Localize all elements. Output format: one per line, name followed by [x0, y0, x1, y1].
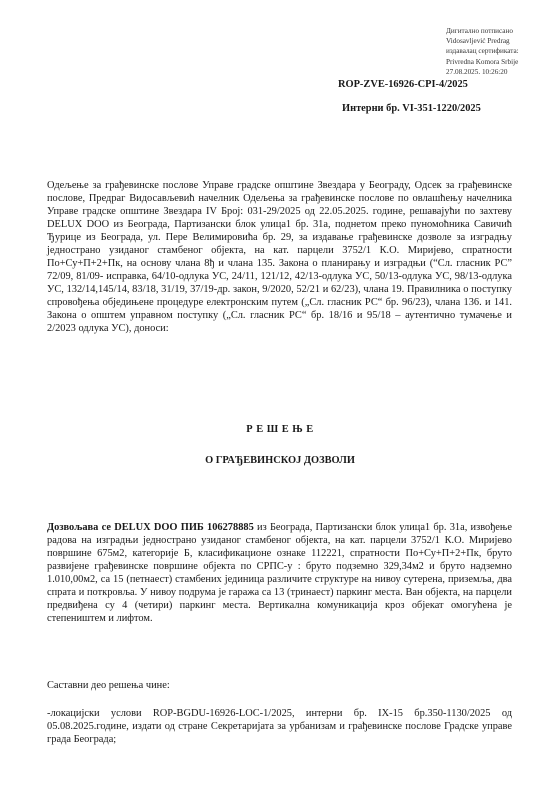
decision-text: из Београда, Партизански блок улица1 бр.…	[47, 522, 512, 624]
decision-lead: Дозвољава се DELUX DOO ПИБ 106278885	[47, 522, 254, 533]
decision-paragraph: Дозвољава се DELUX DOO ПИБ 106278885 из …	[47, 521, 512, 625]
signature-issuer: Privredna Komora Srbije	[446, 57, 519, 67]
components-item-location-conditions: -локацијски услови ROP-BGDU-16926-LOC-1/…	[47, 707, 512, 746]
intro-paragraph: Одељење за грађевинске послове Управе гр…	[47, 179, 512, 335]
decision-title: Р Е Ш Е Њ Е	[0, 424, 560, 435]
decision-subtitle: О ГРАЂЕВИНСКОЈ ДОЗВОЛИ	[0, 455, 560, 466]
document-reference-number: ROP-ZVE-16926-CPI-4/2025	[338, 79, 468, 90]
signature-timestamp: 27.08.2025. 10:26:20	[446, 67, 519, 77]
signature-signer: Vidosavljević Predrag	[446, 36, 519, 46]
signature-line-3: издавалац сертификата:	[446, 46, 519, 56]
digital-signature-stamp: Дигитално потписано Vidosavljević Predra…	[446, 26, 519, 77]
signature-line-1: Дигитално потписано	[446, 26, 519, 36]
internal-number: Интерни бр. VI-351-1220/2025	[342, 103, 481, 114]
components-heading: Саставни део решења чине:	[47, 679, 512, 692]
